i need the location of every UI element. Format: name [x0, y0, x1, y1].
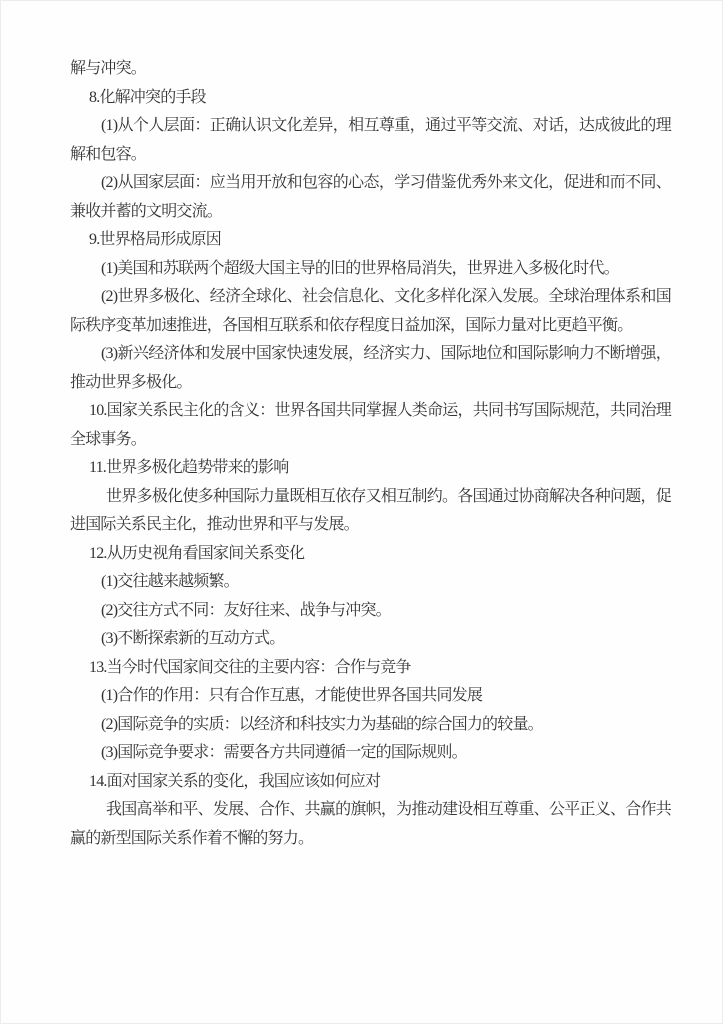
paragraph-continuation: 解与冲突。	[70, 55, 671, 84]
paragraph-body: 我国高举和平、发展、合作、共赢的旗帜，为推动建设相互尊重、公平正义、合作共赢的新…	[70, 796, 671, 853]
document-page: 解与冲突。8.化解冲突的手段(1)从个人层面：正确认识文化差异，相互尊重，通过平…	[0, 0, 723, 1024]
paragraph-sub: (3)新兴经济体和发展中国家快速发展，经济实力、国际地位和国际影响力不断增强，推…	[70, 340, 671, 397]
paragraph-heading: 10.国家关系民主化的含义：世界各国共同掌握人类命运，共同书写国际规范，共同治理…	[70, 397, 671, 454]
paragraph-heading: 9.世界格局形成原因	[70, 226, 671, 255]
paragraph-sub: (1)从个人层面：正确认识文化差异，相互尊重，通过平等交流、对话，达成彼此的理解…	[70, 112, 671, 169]
paragraph-sub: (2)世界多极化、经济全球化、社会信息化、文化多样化深入发展。全球治理体系和国际…	[70, 283, 671, 340]
paragraph-heading: 12.从历史视角看国家间关系变化	[70, 540, 671, 569]
paragraph-heading: 8.化解冲突的手段	[70, 84, 671, 113]
paragraph-sub: (3)国际竞争要求：需要各方共同遵循一定的国际规则。	[70, 739, 671, 768]
paragraph-sub: (1)美国和苏联两个超级大国主导的旧的世界格局消失，世界进入多极化时代。	[70, 255, 671, 284]
paragraph-sub: (3)不断探索新的互动方式。	[70, 625, 671, 654]
paragraph-sub: (2)交往方式不同：友好往来、战争与冲突。	[70, 597, 671, 626]
paragraph-sub: (2)从国家层面：应当用开放和包容的心态，学习借鉴优秀外来文化，促进和而不同、兼…	[70, 169, 671, 226]
paragraph-heading: 11.世界多极化趋势带来的影响	[70, 454, 671, 483]
paragraph-heading: 14.面对国家关系的变化，我国应该如何应对	[70, 768, 671, 797]
document-body: 解与冲突。8.化解冲突的手段(1)从个人层面：正确认识文化差异，相互尊重，通过平…	[70, 55, 671, 853]
paragraph-heading: 13.当今时代国家间交往的主要内容：合作与竞争	[70, 654, 671, 683]
paragraph-body: 世界多极化使多种国际力量既相互依存又相互制约。各国通过协商解决各种问题，促进国际…	[70, 483, 671, 540]
paragraph-sub: (2)国际竞争的实质：以经济和科技实力为基础的综合国力的较量。	[70, 711, 671, 740]
paragraph-sub: (1)交往越来越频繁。	[70, 568, 671, 597]
paragraph-sub: (1)合作的作用：只有合作互惠，才能使世界各国共同发展	[70, 682, 671, 711]
